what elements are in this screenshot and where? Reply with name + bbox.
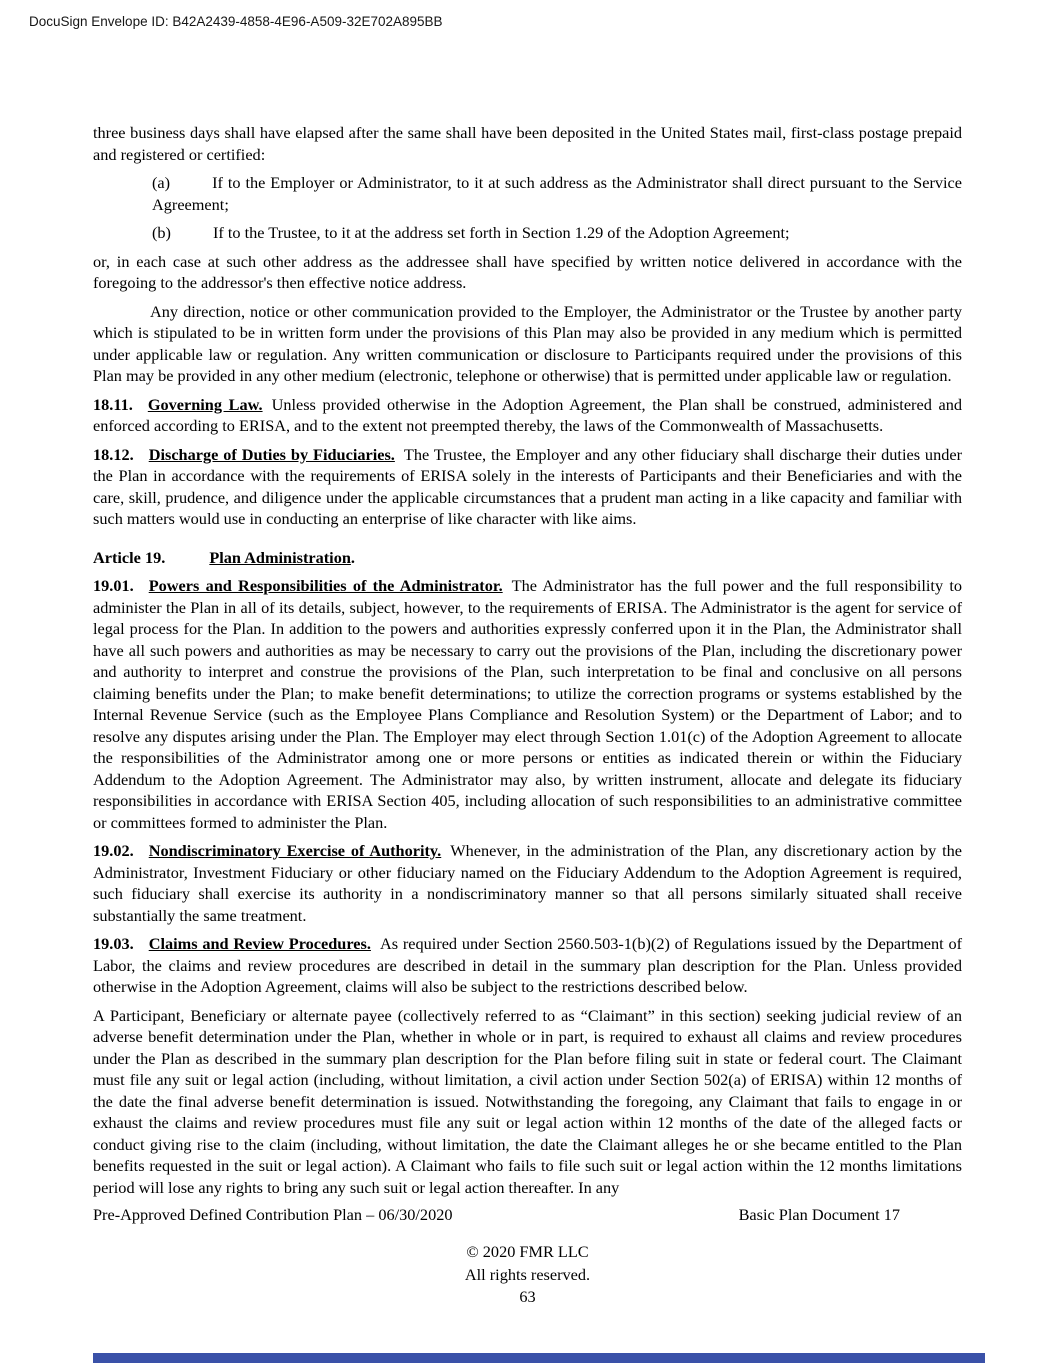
- list-item-a: (a)If to the Employer or Administrator, …: [152, 172, 962, 215]
- list-label: (a): [152, 173, 170, 192]
- list-item-b: (b)If to the Trustee, to it at the addre…: [152, 222, 962, 244]
- article-19-heading: Article 19.Plan Administration.: [93, 547, 962, 569]
- or-paragraph: or, in each case at such other address a…: [93, 251, 962, 294]
- section-19-03: 19.03.Claims and Review Procedures.As re…: [93, 933, 962, 998]
- section-19-01: 19.01.Powers and Responsibilities of the…: [93, 575, 962, 833]
- section-18-12: 18.12.Discharge of Duties by Fiduciaries…: [93, 444, 962, 530]
- article-title-period: .: [351, 548, 355, 567]
- section-number: 19.01.: [93, 576, 134, 595]
- footer-copyright-block: © 2020 FMR LLC All rights reserved. 63: [0, 1241, 1055, 1309]
- article-title: Plan Administration: [209, 548, 351, 567]
- list-label: (b): [152, 223, 171, 242]
- intro-paragraph: three business days shall have elapsed a…: [93, 122, 962, 165]
- list-text: If to the Employer or Administrator, to …: [152, 173, 962, 214]
- bottom-blue-bar: [93, 1353, 985, 1363]
- document-page: DocuSign Envelope ID: B42A2439-4858-4E96…: [0, 0, 1055, 1365]
- docusign-envelope-id: DocuSign Envelope ID: B42A2439-4858-4E96…: [29, 14, 443, 29]
- section-18-11: 18.11.Governing Law.Unless provided othe…: [93, 394, 962, 437]
- section-text: The Administrator has the full power and…: [93, 576, 962, 832]
- section-number: 18.12.: [93, 445, 134, 464]
- page-number: 63: [0, 1286, 1055, 1309]
- document-body: three business days shall have elapsed a…: [93, 122, 962, 1205]
- section-19-02: 19.02.Nondiscriminatory Exercise of Auth…: [93, 840, 962, 926]
- copyright-line: © 2020 FMR LLC: [0, 1241, 1055, 1264]
- article-number: Article 19.: [93, 548, 165, 567]
- section-title: Nondiscriminatory Exercise of Authority.: [149, 841, 442, 860]
- section-number: 19.02.: [93, 841, 134, 860]
- any-direction-paragraph: Any direction, notice or other communica…: [93, 301, 962, 387]
- section-title: Governing Law.: [148, 395, 263, 414]
- section-number: 19.03.: [93, 934, 134, 953]
- claimant-paragraph: A Participant, Beneficiary or alternate …: [93, 1005, 962, 1199]
- list-text: If to the Trustee, to it at the address …: [213, 223, 790, 242]
- section-number: 18.11.: [93, 395, 133, 414]
- section-title: Claims and Review Procedures.: [149, 934, 371, 953]
- rights-line: All rights reserved.: [0, 1264, 1055, 1287]
- footer-plan-name: Pre-Approved Defined Contribution Plan –…: [93, 1205, 453, 1225]
- section-title: Powers and Responsibilities of the Admin…: [149, 576, 503, 595]
- section-title: Discharge of Duties by Fiduciaries.: [149, 445, 395, 464]
- footer-document-name: Basic Plan Document 17: [739, 1205, 900, 1225]
